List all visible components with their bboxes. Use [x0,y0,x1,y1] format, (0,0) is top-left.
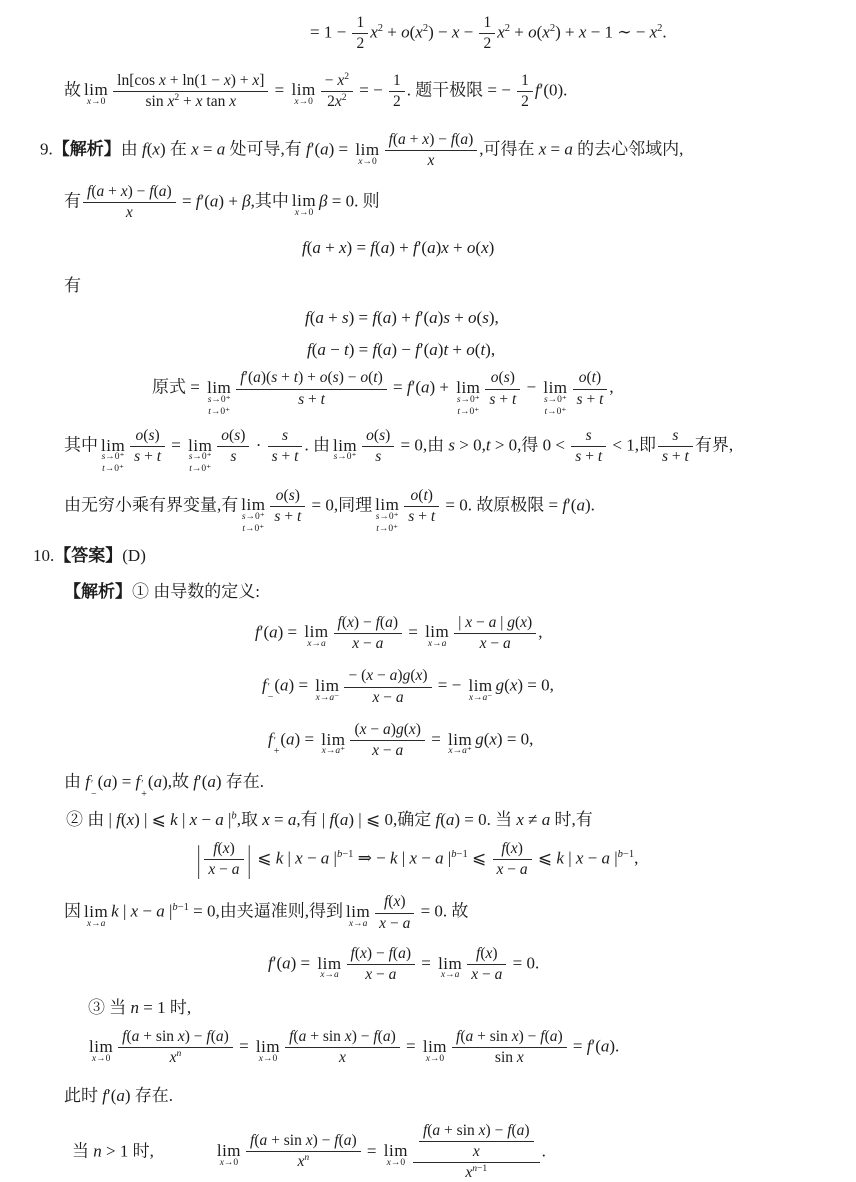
math-line-24: 此时 f′(a) 存在. [0,1084,856,1108]
math-line-03: 9.【解析】由 f(x) 在 x = a 处可导,有 f′(a) = limx→… [0,131,856,171]
math-line-13: 【解析】① 由导数的定义: [0,580,856,604]
math-line-22: ③ 当 n = 1 时, [0,996,856,1020]
math-line-11: 由无穷小乘有界变量,有lims→0⁺t→0⁺o(s)s + t = 0,同理li… [0,487,856,527]
math-line-18: ② 由 | f(x) | ⩽ k | x − a |b,取 x = a,有 | … [0,808,856,832]
math-line-25: 当 n > 1 时,limx→0f(a + sin x) − f(a)xn = … [0,1122,856,1182]
math-line-12: 10.【答案】(D) [0,544,856,568]
math-line-23: limx→0f(a + sin x) − f(a)xn = limx→0f(a … [0,1028,856,1068]
math-line-01: = 1 − 12x2 + o(x2) − x − 12x2 + o(x2) + … [0,14,856,54]
math-line-14: f′(a) = limx→af(x) − f(a)x − a = limx→a|… [0,614,856,654]
math-line-07: f(a + s) = f(a) + f′(a)s + o(s), [0,306,856,330]
math-line-17: 由 f′−(a) = f′+(a),故 f′(a) 存在. [0,770,856,800]
math-line-16: f′+(a) = limx→a⁺(x − a)g(x)x − a = limx→… [0,721,856,761]
math-line-04: 有f(a + x) − f(a)x = f′(a) + β,其中limx→0β … [0,183,856,223]
math-line-20: 因limx→ak | x − a |b−1 = 0,由夹逼准则,得到limx→a… [0,893,856,933]
math-line-05: f(a + x) = f(a) + f′(a)x + o(x) [0,236,856,260]
math-line-15: f′−(a) = limx→a⁻− (x − a)g(x)x − a = − l… [0,667,856,707]
math-line-19: |f(x)x − a| ⩽ k | x − a |b−1 ⇒ − k | x −… [0,840,856,880]
math-line-06: 有 [0,274,856,298]
math-line-21: f′(a) = limx→af(x) − f(a)x − a = limx→af… [0,945,856,985]
math-line-09: 原式 = lims→0⁺t→0⁺f′(a)(s + t) + o(s) − o(… [0,369,856,409]
document-page: = 1 − 12x2 + o(x2) − x − 12x2 + o(x2) + … [0,0,856,1182]
math-line-10: 其中lims→0⁺t→0⁺o(s)s + t = lims→0⁺t→0⁺o(s)… [0,427,856,467]
math-line-02: 故limx→0ln[cos x + ln(1 − x) + x]sin x2 +… [0,72,856,112]
math-line-08: f(a − t) = f(a) − f′(a)t + o(t), [0,338,856,362]
